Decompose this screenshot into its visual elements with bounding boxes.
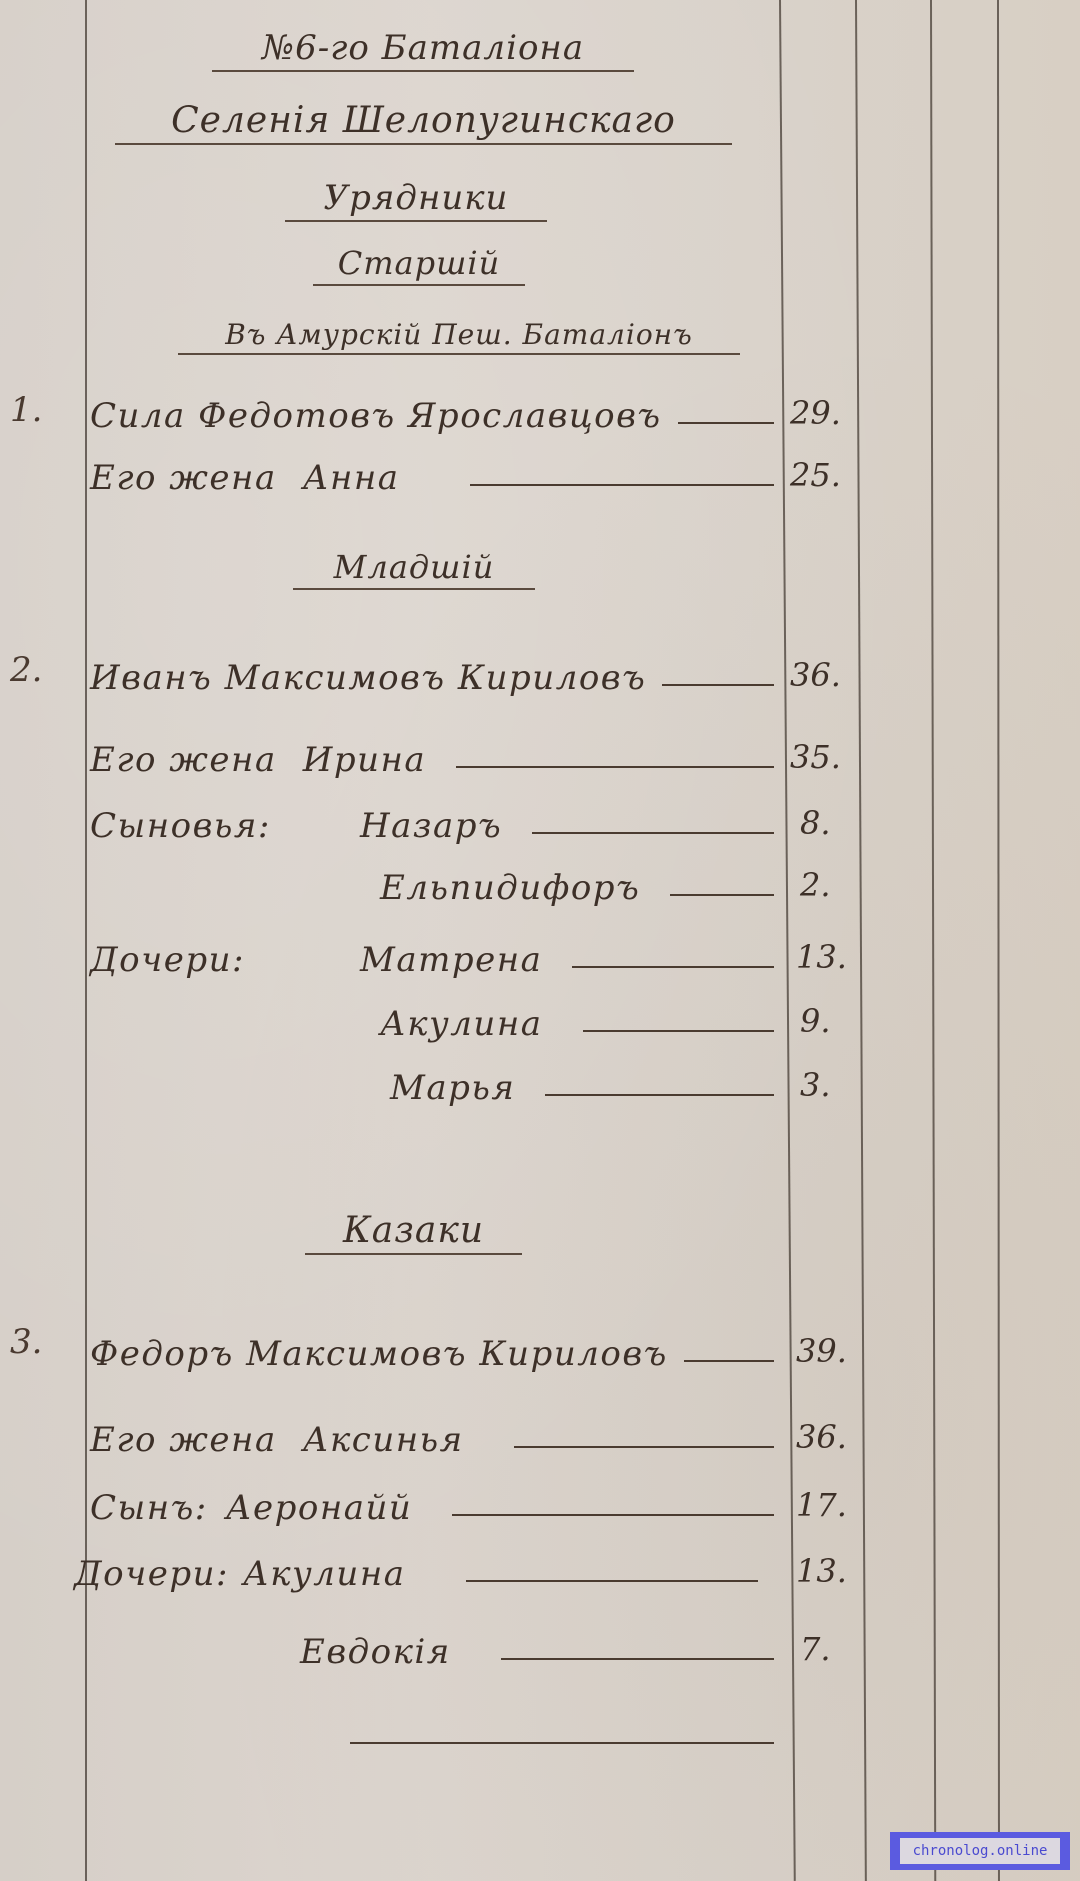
person-name: Матрена: [360, 940, 542, 980]
relation-label: Его жена: [90, 1420, 277, 1460]
subsection-note: Въ Амурскiй Пеш. Баталiонъ: [178, 318, 740, 355]
leader-dash: [514, 1446, 774, 1448]
settlement-header: Селенiя Шелопугинскаго: [115, 100, 732, 145]
family-member-row: Евдокiя: [90, 1622, 780, 1672]
leader-dash: [572, 966, 774, 968]
family-head-row: Федоръ Максимовъ Кириловъ: [90, 1324, 780, 1374]
person-name: Акулина: [243, 1554, 406, 1594]
leader-dash: [662, 684, 774, 686]
age-value: 13.: [796, 1552, 847, 1590]
leader-dash: [350, 1742, 774, 1744]
subsection-title-mladshiy: Младшiй: [293, 548, 535, 590]
person-name: Федоръ Максимовъ Кириловъ: [90, 1334, 668, 1374]
age-value: 25.: [790, 456, 841, 494]
family-member-row: Акулина: [90, 994, 780, 1044]
person-name: Аксинья: [303, 1420, 464, 1460]
manuscript-page: №6-го Баталiона Селенiя Шелопугинскаго У…: [0, 0, 1080, 1881]
person-name: Анна: [303, 458, 400, 498]
leader-dash: [670, 894, 774, 896]
family-member-row: Сынъ: Аеронайй: [90, 1478, 780, 1528]
family-member-row: Дочери: Акулина: [74, 1544, 764, 1594]
person-name: Сила Федотовъ Ярославцовъ: [90, 396, 662, 436]
relation-label: Дочери:: [90, 940, 360, 980]
age-value: 39.: [796, 1332, 847, 1370]
family-member-row: Его жена Ирина: [90, 730, 780, 780]
leader-dash: [678, 422, 774, 424]
age-value: 2.: [800, 866, 831, 904]
section-title-kazaki: Казаки: [305, 1210, 522, 1255]
family-member-row: Марья: [90, 1058, 780, 1108]
age-value: 17.: [796, 1486, 847, 1524]
family-member-row: Ельпидифоръ: [90, 858, 780, 908]
column-rule-4: [997, 0, 1000, 1881]
column-rule-3: [930, 0, 936, 1881]
family-member-row: Дочери: Матрена: [90, 930, 780, 980]
family-head-row: Сила Федотовъ Ярославцовъ: [90, 386, 780, 436]
family-member-row: [90, 1706, 780, 1756]
watermark-badge: chronolog.online: [890, 1832, 1070, 1870]
entry-number: 1.: [10, 390, 42, 430]
person-name: Марья: [390, 1068, 515, 1108]
age-value: 29.: [790, 394, 841, 432]
leader-dash: [452, 1514, 774, 1516]
age-value: 8.: [800, 804, 831, 842]
relation-label: Его жена: [90, 458, 277, 498]
age-value: 36.: [790, 656, 841, 694]
relation-label: Сыновья:: [90, 806, 360, 846]
column-rule-2: [855, 0, 866, 1881]
person-name: Иванъ Максимовъ Кириловъ: [90, 658, 646, 698]
person-name: Евдокiя: [300, 1632, 451, 1672]
subsection-title-starshiy: Старшiй: [313, 244, 525, 286]
age-value: 36.: [796, 1418, 847, 1456]
age-value: 7.: [800, 1630, 831, 1668]
age-value: 3.: [800, 1066, 831, 1104]
leader-dash: [583, 1030, 775, 1032]
age-value: 9.: [800, 1002, 831, 1040]
age-value: 35.: [790, 738, 841, 776]
leader-dash: [684, 1360, 774, 1362]
person-name: Аеронайй: [226, 1488, 413, 1528]
relation-label: Сынъ:: [90, 1488, 208, 1528]
age-value: 13.: [796, 938, 847, 976]
battalion-header: №6-го Баталiона: [212, 28, 634, 72]
leader-dash: [545, 1094, 774, 1096]
relation-label: Его жена: [90, 740, 277, 780]
watermark-text: chronolog.online: [900, 1838, 1060, 1864]
leader-dash: [466, 1580, 759, 1582]
family-member-row: Сыновья: Назаръ: [90, 796, 780, 846]
age-column-rule: [779, 0, 795, 1881]
leader-dash: [501, 1658, 774, 1660]
margin-rule-left: [85, 0, 87, 1881]
leader-dash: [532, 832, 774, 834]
person-name: Ирина: [303, 740, 426, 780]
person-name: Акулина: [380, 1004, 543, 1044]
leader-dash: [456, 766, 774, 768]
leader-dash: [470, 484, 774, 486]
entry-number: 2.: [10, 650, 42, 690]
entry-number: 3.: [10, 1322, 42, 1362]
person-name: Ельпидифоръ: [380, 868, 640, 908]
family-member-row: Его жена Анна: [90, 448, 780, 498]
person-name: Назаръ: [360, 806, 502, 846]
family-head-row: Иванъ Максимовъ Кириловъ: [90, 648, 780, 698]
section-title-uryadniki: Урядники: [285, 178, 547, 222]
relation-label: Дочери:: [74, 1554, 229, 1594]
family-member-row: Его жена Аксинья: [90, 1410, 780, 1460]
